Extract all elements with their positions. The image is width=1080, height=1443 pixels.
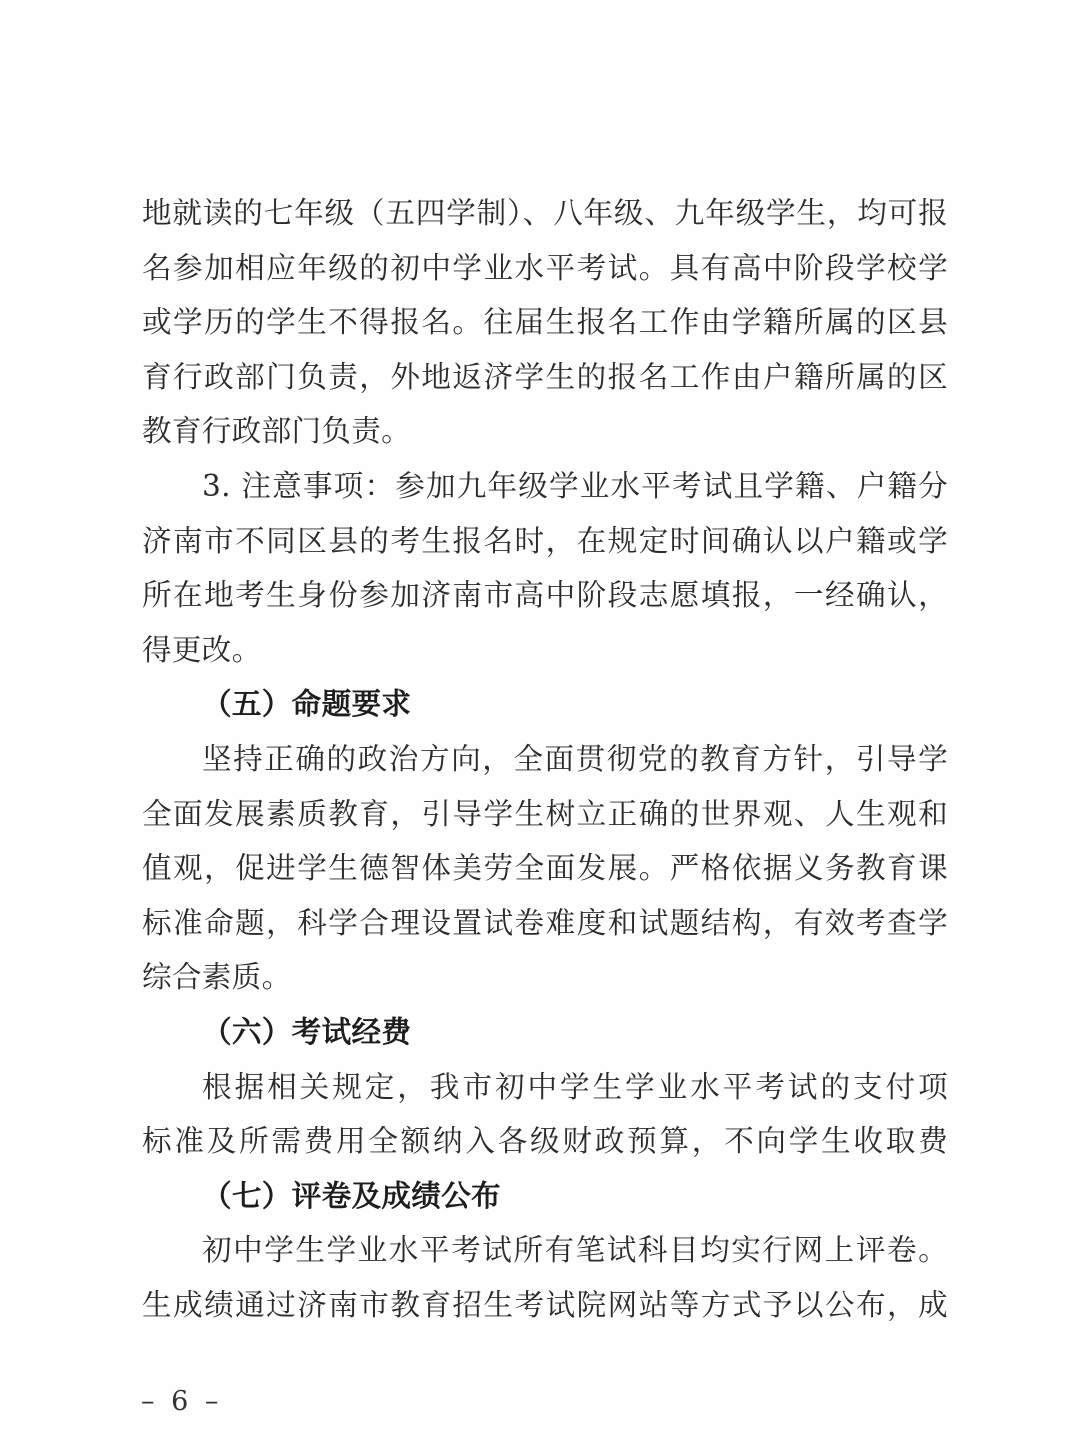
section-5-line-5: 综合素质。 bbox=[142, 950, 948, 1005]
section-heading-5: （五）命题要求 bbox=[142, 677, 948, 732]
note-item-3-line-1: 3. 注意事项：参加九年级学业水平考试且学籍、户籍分属 bbox=[142, 459, 948, 514]
document-page: 地就读的七年级（五四学制）、八年级、九年级学生，均可报 名参加相应年级的初中学业… bbox=[0, 0, 1080, 1443]
body-line-3: 或学历的学生不得报名。往届生报名工作由学籍所属的区县教 bbox=[142, 295, 948, 350]
section-6-line-2: 标准及所需费用全额纳入各级财政预算，不向学生收取费用。 bbox=[142, 1114, 948, 1169]
section-7-line-2: 生成绩通过济南市教育招生考试院网站等方式予以公布，成绩 bbox=[142, 1278, 948, 1333]
section-heading-7: （七）评卷及成绩公布 bbox=[142, 1169, 948, 1224]
note-item-3-line-2: 济南市不同区县的考生报名时，在规定时间确认以户籍或学籍 bbox=[142, 514, 948, 569]
body-line-1: 地就读的七年级（五四学制）、八年级、九年级学生，均可报 bbox=[142, 186, 948, 241]
section-heading-6: （六）考试经费 bbox=[142, 1005, 948, 1060]
note-item-3-line-3: 所在地考生身份参加济南市高中阶段志愿填报，一经确认，不 bbox=[142, 568, 948, 623]
section-5-line-2: 全面发展素质教育，引导学生树立正确的世界观、人生观和价 bbox=[142, 787, 948, 842]
body-line-4: 育行政部门负责，外地返济学生的报名工作由户籍所属的区县 bbox=[142, 350, 948, 405]
document-text-block: 地就读的七年级（五四学制）、八年级、九年级学生，均可报 名参加相应年级的初中学业… bbox=[142, 186, 948, 1332]
page-number: – 6 – bbox=[141, 1378, 222, 1426]
section-5-line-1: 坚持正确的政治方向，全面贯彻党的教育方针，引导学校 bbox=[142, 732, 948, 787]
section-7-line-1: 初中学生学业水平考试所有笔试科目均实行网上评卷。考 bbox=[142, 1223, 948, 1278]
section-6-line-1: 根据相关规定，我市初中学生学业水平考试的支付项目、 bbox=[142, 1060, 948, 1115]
body-line-2: 名参加相应年级的初中学业水平考试。具有高中阶段学校学籍 bbox=[142, 241, 948, 296]
note-item-3-line-4: 得更改。 bbox=[142, 623, 948, 678]
section-5-line-3: 值观，促进学生德智体美劳全面发展。严格依据义务教育课程 bbox=[142, 841, 948, 896]
body-line-5: 教育行政部门负责。 bbox=[142, 404, 948, 459]
section-5-line-4: 标准命题，科学合理设置试卷难度和试题结构，有效考查学生 bbox=[142, 896, 948, 951]
